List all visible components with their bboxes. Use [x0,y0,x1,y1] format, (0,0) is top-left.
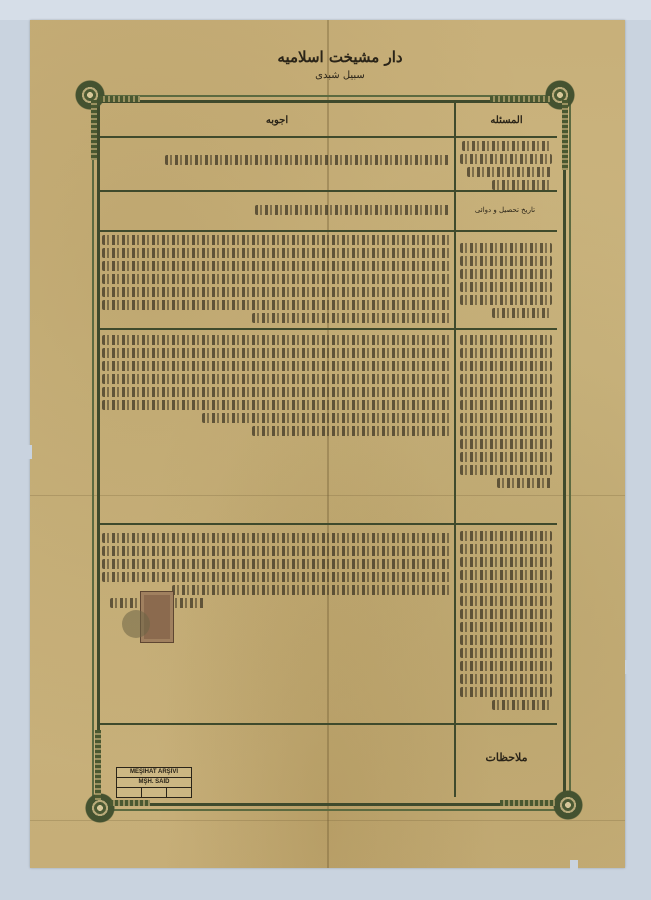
frame-flourish [100,96,140,102]
row-divider [100,230,557,232]
archive-stamp-line2: MŞH. SAİD [117,778,191,788]
document-header: دار مشیخت اسلامیه سبیل شبدی [260,48,420,81]
official-seal [122,610,150,638]
corner-ornament-icon [553,790,583,820]
frame-flourish [490,96,550,102]
archive-stamp-cells [117,788,191,797]
paper-tear [26,445,32,459]
fold-line-horizontal [30,820,625,821]
row-label [456,141,552,193]
institution-title: دار مشیخت اسلامیه [260,48,420,66]
row-label [460,335,552,491]
archive-cell [117,788,141,797]
row-divider [100,328,557,330]
column-divider [454,103,456,797]
frame-flourish [110,800,150,806]
row-label [460,531,552,713]
column-header-answer: اجوبه [100,115,454,126]
frame-flourish [500,800,555,806]
frame-flourish [91,100,97,160]
frame-flourish [562,100,568,170]
row-answer-text [102,533,452,598]
archive-stamp-line1: MEŞİHAT ARŞİVİ [117,768,191,778]
row-divider [100,523,557,525]
row-answer-text [102,335,452,439]
paper-tear [570,860,578,880]
row-answer-text [102,235,452,326]
institution-subtitle: سبیل شبدی [260,70,420,81]
archive-stamp: MEŞİHAT ARŞİVİ MŞH. SAİD [116,767,192,798]
row-divider [100,723,557,725]
scan-background [0,0,651,20]
remarks-label: ملاحظات [456,751,557,764]
row-answer-text [250,205,450,218]
fatwa-table: اجوبه المسئله تاریخ تحصیل و دوائی ملاحظا… [100,103,557,797]
archive-cell [166,788,191,797]
archive-cell [141,788,166,797]
row-answer-text [160,155,450,168]
column-header-question: المسئله [456,115,557,126]
paper-tear [625,660,631,674]
row-label: تاریخ تحصیل و دوائی [460,205,550,215]
row-label [460,243,552,321]
row-divider [100,136,557,138]
